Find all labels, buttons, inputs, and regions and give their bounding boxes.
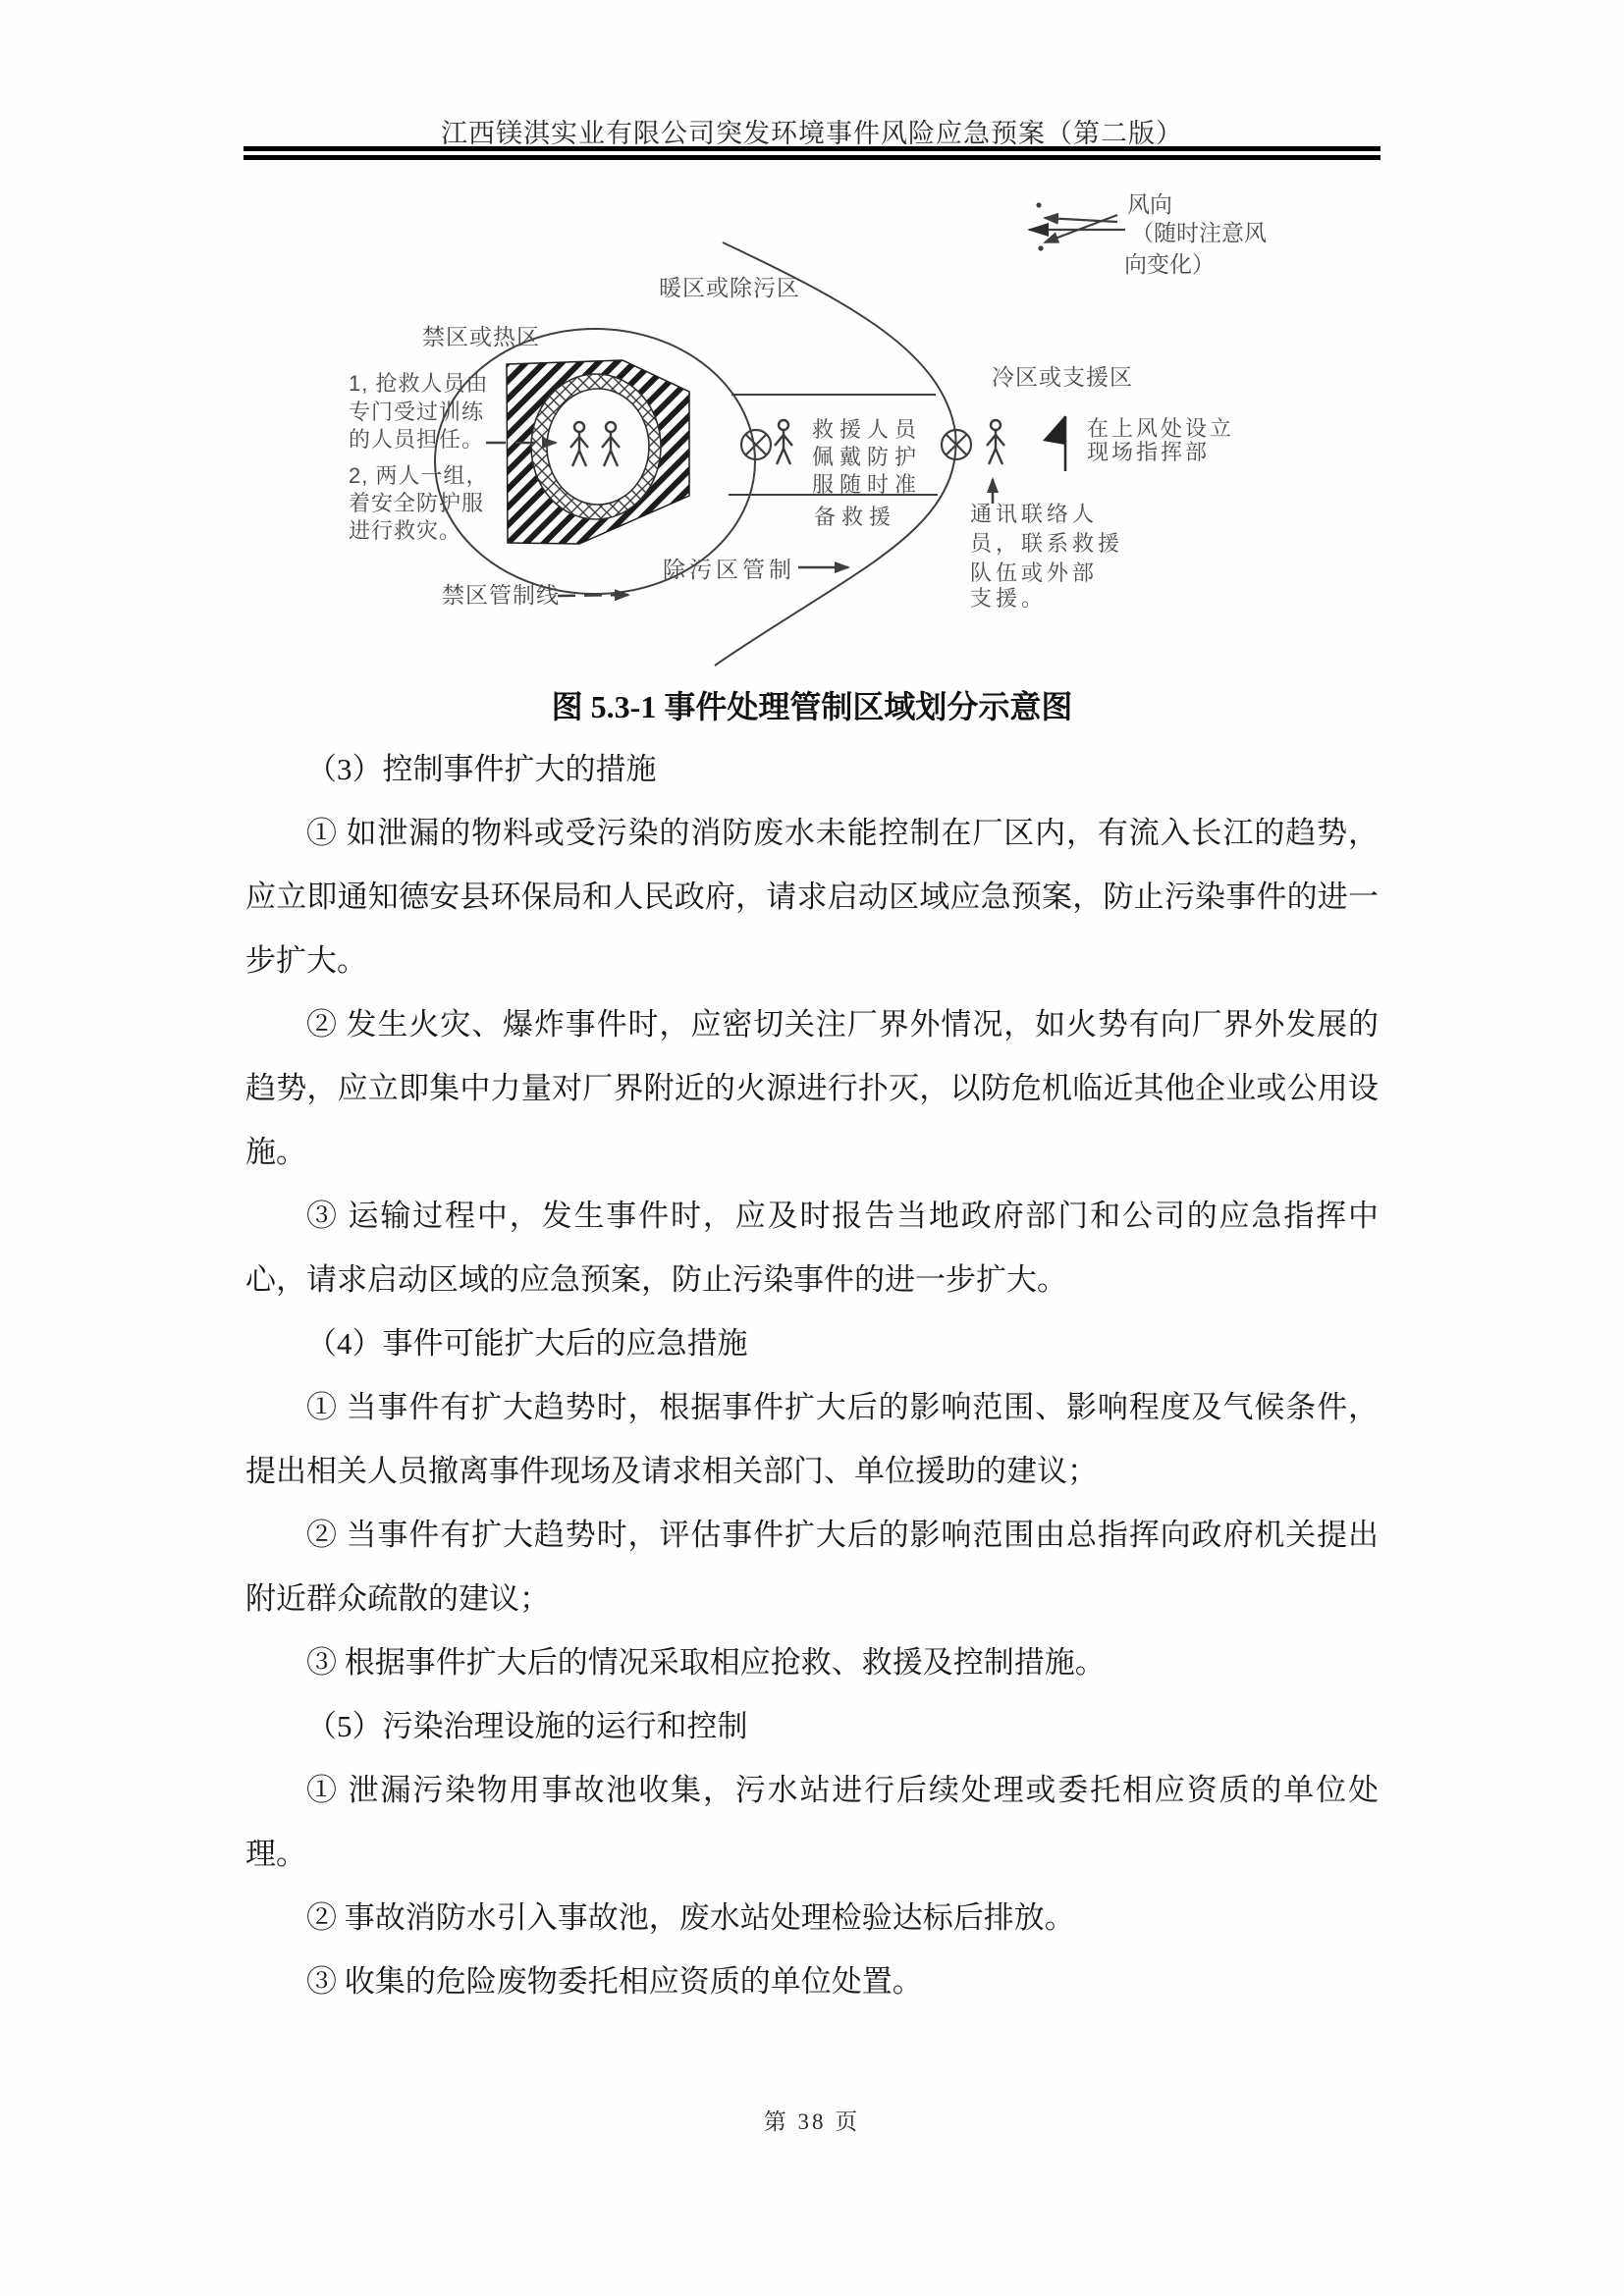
wind-label: 向变化） (1124, 251, 1215, 277)
document-body: （3）控制事件扩大的措施 ① 如泄漏的物料或受污染的消防废水未能控制在厂区内，有… (245, 737, 1379, 2013)
svg-text:佩戴防护: 佩戴防护 (812, 445, 922, 469)
paragraph: （5）污染治理设施的运行和控制 (245, 1694, 1379, 1758)
paragraph: ③ 收集的危险废物委托相应资质的单位处置。 (245, 1949, 1379, 2013)
command-post-label: 在上风处设立 (1087, 416, 1234, 441)
standby-person-icon (775, 420, 792, 464)
paragraph: ① 如泄漏的物料或受污染的消防废水未能控制在厂区内，有流入长江的趋势，应立即通知… (245, 801, 1379, 992)
comms-note: 通讯联络人 员，联系救援 队伍或外部 支援。 (970, 502, 1123, 611)
svg-text:救援人员: 救援人员 (812, 417, 922, 442)
svg-text:备救援: 备救援 (814, 505, 896, 529)
rescue-note: 1, 抢救人员由 专门受过训练 的人员担任。 2, 两人一组， 着安全防护服 进… (349, 371, 488, 543)
wind-label: 风向 (1127, 191, 1172, 217)
paragraph: ③ 根据事件扩大后的情况采取相应抢救、救援及控制措施。 (245, 1630, 1379, 1694)
svg-text:2, 两人一组，: 2, 两人一组， (349, 463, 488, 489)
svg-text:进行救灾。: 进行救灾。 (349, 518, 461, 543)
comms-person-icon (987, 420, 1004, 464)
decon-control-label: 除污区管制 (663, 557, 795, 582)
svg-text:员，联系救援: 员，联系救援 (970, 531, 1123, 557)
header-divider (244, 146, 1380, 160)
wind-label: （随时注意风 (1131, 220, 1267, 245)
figure-caption: 图 5.3-1 事件处理管制区域划分示意图 (0, 682, 1624, 727)
core-area (547, 389, 649, 505)
svg-text:1, 抢救人员由: 1, 抢救人员由 (349, 371, 488, 396)
warm-zone-label: 暖区或除污区 (659, 275, 800, 300)
paragraph: ① 当事件有扩大趋势时，根据事件扩大后的影响范围、影响程度及气候条件，提出相关人… (245, 1375, 1379, 1503)
svg-text:专门受过训练: 专门受过训练 (349, 400, 484, 424)
paragraph: ② 事故消防水引入事故池，废水站处理检验达标后排放。 (245, 1886, 1379, 1949)
zone-division-diagram: 风向 （随时注意风 向变化） 暖区或除污区 冷区或支援区 禁区或热区 1, 抢救… (245, 177, 1394, 707)
paragraph: （4）事件可能扩大后的应急措施 (245, 1311, 1379, 1375)
crossed-circle-icon (741, 430, 771, 459)
paragraph: （3）控制事件扩大的措施 (245, 737, 1379, 801)
page-number: 第 38 页 (0, 2104, 1624, 2136)
svg-text:着安全防护服: 着安全防护服 (349, 491, 484, 515)
page-header-title: 江西镁淇实业有限公司突发环境事件风险应急预案（第二版） (0, 112, 1624, 150)
flag-icon (1043, 415, 1065, 471)
paragraph: ② 发生火灾、爆炸事件时，应密切关注厂界外情况，如火势有向厂界外发展的趋势，应立… (245, 992, 1379, 1184)
paragraph: ③ 运输过程中，发生事件时，应及时报告当地政府部门和公司的应急指挥中心，请求启动… (245, 1184, 1379, 1311)
wind-arrows-icon (1029, 202, 1125, 250)
svg-text:通讯联络人: 通讯联络人 (970, 502, 1098, 526)
svg-text:支援。: 支援。 (970, 586, 1047, 611)
cold-zone-label: 冷区或支援区 (992, 364, 1133, 390)
hot-zone-label: 禁区或热区 (422, 324, 540, 349)
standby-note: 救援人员 佩戴防护 服随时准 备救援 (812, 417, 922, 529)
command-post-label: 现场指挥部 (1087, 440, 1210, 464)
hot-control-arrow (558, 595, 628, 596)
paragraph: ② 当事件有扩大趋势时，评估事件扩大后的影响范围由总指挥向政府机关提出附近群众疏… (245, 1503, 1379, 1630)
hot-control-label: 禁区管制线 (442, 582, 560, 608)
svg-text:队伍或外部: 队伍或外部 (970, 561, 1098, 585)
document-page: 江西镁淇实业有限公司突发环境事件风险应急预案（第二版） (0, 0, 1624, 2296)
svg-text:的人员担任。: 的人员担任。 (349, 427, 484, 452)
paragraph: ① 泄漏污染物用事故池收集，污水站进行后续处理或委托相应资质的单位处理。 (245, 1758, 1379, 1886)
svg-text:服随时准: 服随时准 (812, 472, 922, 497)
